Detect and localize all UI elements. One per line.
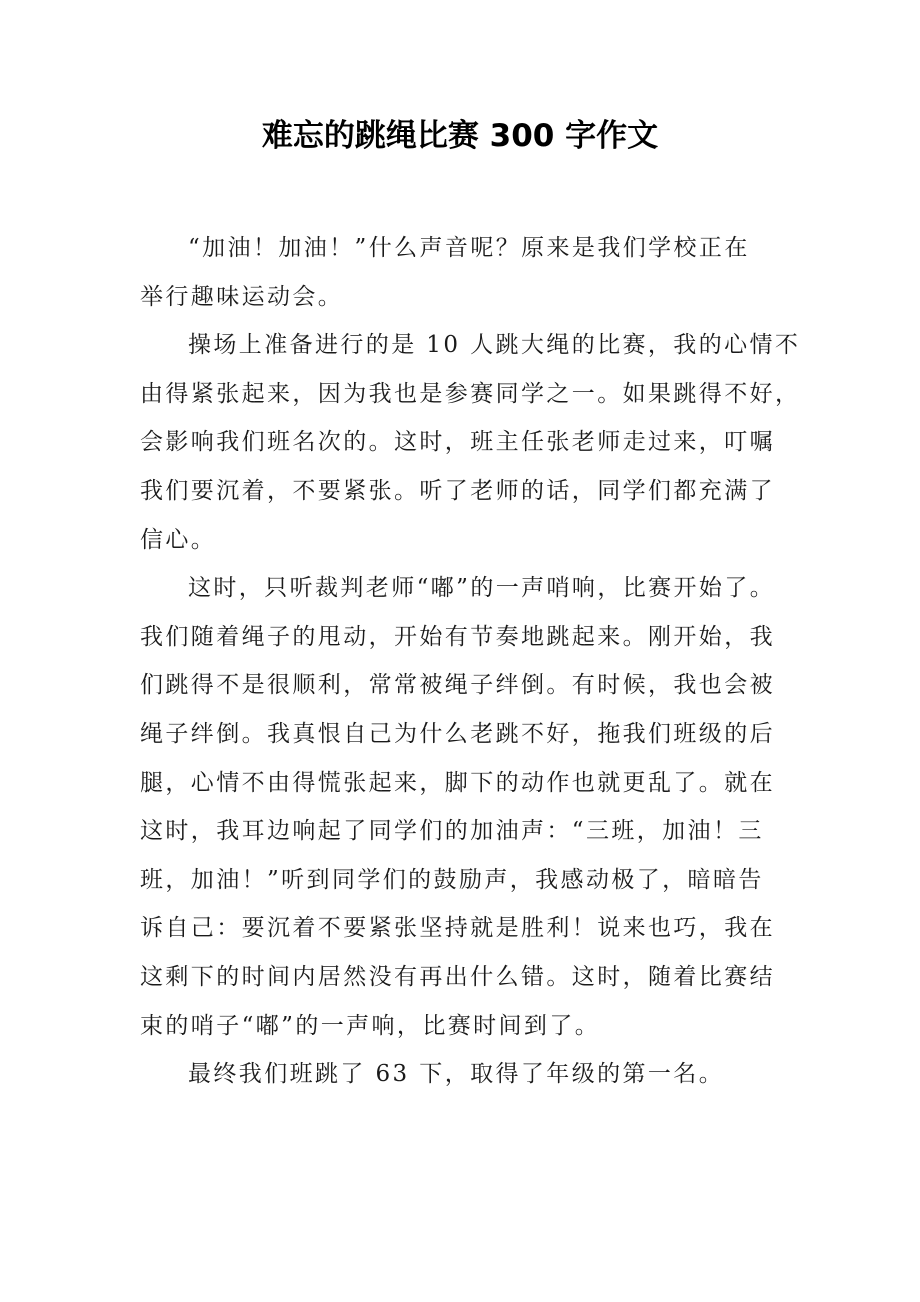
paragraph-line: 这时，只听裁判老师“嘟”的一声哨响，比赛开始了。 xyxy=(140,570,780,619)
paragraph-2: 操场上准备进行的是 10 人跳大绳的比赛，我的心情不 由得紧张起来，因为我也是参… xyxy=(140,327,780,570)
paragraph-line: 我们随着绳子的甩动，开始有节奏地跳起来。刚开始，我 xyxy=(140,619,780,668)
paragraph-1: “加油！加油！”什么声音呢？原来是我们学校正在 举行趣味运动会。 xyxy=(140,230,780,327)
paragraph-line: 会影响我们班名次的。这时，班主任张老师走过来，叮嘱 xyxy=(140,424,780,473)
paragraph-line: 诉自己：要沉着不要紧张坚持就是胜利！说来也巧，我在 xyxy=(140,910,780,959)
document-page: 难忘的跳绳比赛 300 字作文 “加油！加油！”什么声音呢？原来是我们学校正在 … xyxy=(0,0,920,1302)
document-body: “加油！加油！”什么声音呢？原来是我们学校正在 举行趣味运动会。 操场上准备进行… xyxy=(140,230,780,1105)
paragraph-line: 由得紧张起来，因为我也是参赛同学之一。如果跳得不好， xyxy=(140,376,780,425)
paragraph-line: 班，加油！”听到同学们的鼓励声，我感动极了，暗暗告 xyxy=(140,862,780,911)
paragraph-line: 绳子绊倒。我真恨自己为什么老跳不好，拖我们班级的后 xyxy=(140,716,780,765)
paragraph-line: 举行趣味运动会。 xyxy=(140,279,780,328)
paragraph-line: 们跳得不是很顺利，常常被绳子绊倒。有时候，我也会被 xyxy=(140,667,780,716)
paragraph-line: 束的哨子“嘟”的一声响，比赛时间到了。 xyxy=(140,1008,780,1057)
paragraph-line: 最终我们班跳了 63 下，取得了年级的第一名。 xyxy=(140,1056,780,1105)
paragraph-line: 这时，我耳边响起了同学们的加油声：“三班，加油！三 xyxy=(140,813,780,862)
paragraph-line: “加油！加油！”什么声音呢？原来是我们学校正在 xyxy=(140,230,780,279)
paragraph-line: 信心。 xyxy=(140,522,780,571)
document-title: 难忘的跳绳比赛 300 字作文 xyxy=(0,114,920,158)
paragraph-3: 这时，只听裁判老师“嘟”的一声哨响，比赛开始了。 我们随着绳子的甩动，开始有节奏… xyxy=(140,570,780,1056)
paragraph-line: 我们要沉着，不要紧张。听了老师的话，同学们都充满了 xyxy=(140,473,780,522)
paragraph-line: 这剩下的时间内居然没有再出什么错。这时，随着比赛结 xyxy=(140,959,780,1008)
paragraph-line: 操场上准备进行的是 10 人跳大绳的比赛，我的心情不 xyxy=(140,327,780,376)
paragraph-line: 腿，心情不由得慌张起来，脚下的动作也就更乱了。就在 xyxy=(140,765,780,814)
paragraph-4: 最终我们班跳了 63 下，取得了年级的第一名。 xyxy=(140,1056,780,1105)
